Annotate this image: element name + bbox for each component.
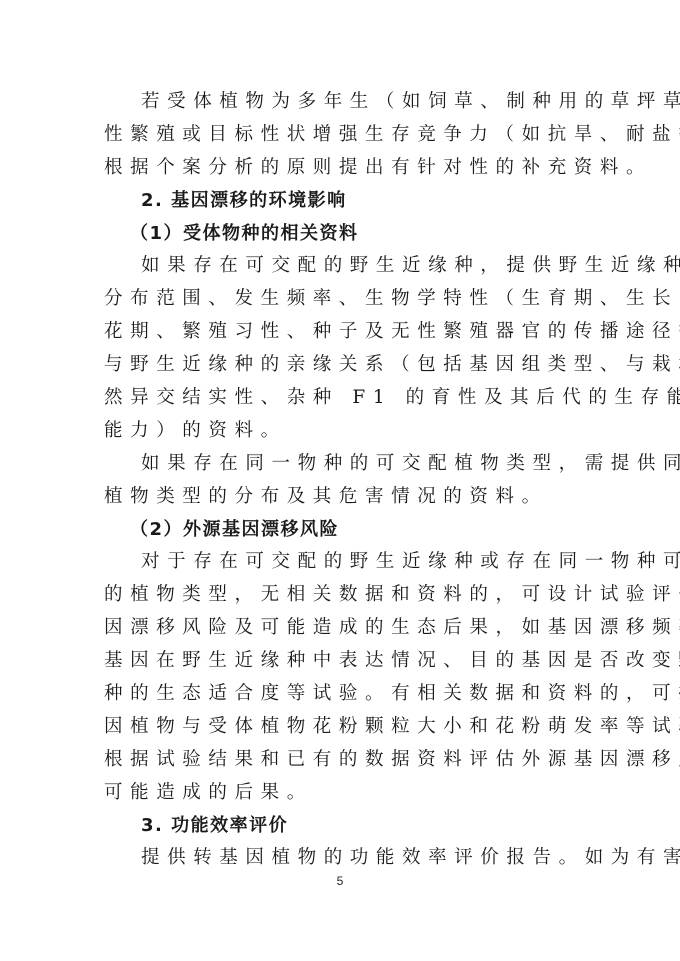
section-heading-gene-flow: 2. 基因漂移的环境影响	[104, 185, 578, 218]
paragraph-line: 分布范围、发生频率、生物学特性（生育期、生长习性、开	[104, 283, 578, 316]
paragraph-line: 根据个案分析的原则提出有针对性的补充资料。	[104, 152, 578, 185]
paragraph-line: 植物类型的分布及其危害情况的资料。	[104, 481, 578, 514]
paragraph-line: 如果存在同一物种的可交配植物类型，需提供同一物种	[104, 448, 578, 481]
paragraph-line: 因植物与受体植物花粉颗粒大小和花粉萌发率等试验结果，	[104, 711, 578, 744]
paragraph-line: 若受体植物为多年生（如饲草、制种用的草坪草）、无	[104, 86, 578, 119]
paragraph-line: 的植物类型，无相关数据和资料的，可设计试验评估外源基	[104, 579, 578, 612]
subsection-heading-gene-flow-risk: （2）外源基因漂移风险	[104, 514, 578, 547]
paragraph-line: 如果存在可交配的野生近缘种，提供野生近缘种的地理	[104, 250, 578, 283]
paragraph-line: 提供转基因植物的功能效率评价报告。如为有害生物抗	[104, 842, 578, 875]
paragraph-line: 可能造成的后果。	[104, 777, 578, 810]
paragraph-line: 因漂移风险及可能造成的生态后果，如基因漂移频率、外源	[104, 612, 578, 645]
paragraph-line: 对于存在可交配的野生近缘种或存在同一物种可交配	[104, 546, 578, 579]
section-heading-efficacy: 3. 功能效率评价	[104, 810, 578, 843]
paragraph-line: 与野生近缘种的亲缘关系（包括基因组类型、与栽培种的天	[104, 349, 578, 382]
page-body: 若受体植物为多年生（如饲草、制种用的草坪草）、无 性繁殖或目标性状增强生存竞争力…	[104, 86, 578, 875]
paragraph-line: 能力）的资料。	[104, 415, 578, 448]
document-page: 若受体植物为多年生（如饲草、制种用的草坪草）、无 性繁殖或目标性状增强生存竞争力…	[0, 0, 680, 961]
paragraph-line: 根据试验结果和已有的数据资料评估外源基因漂移风险及	[104, 744, 578, 777]
paragraph-line: 花期、繁殖习性、种子及无性繁殖器官的传播途径等）以及	[104, 316, 578, 349]
paragraph-line: 性繁殖或目标性状增强生存竞争力（如抗旱、耐盐等），应	[104, 119, 578, 152]
subsection-heading-recipient-species: （1）受体物种的相关资料	[104, 218, 578, 251]
page-number: 5	[0, 874, 680, 888]
paragraph-line: 种的生态适合度等试验。有相关数据和资料的，可提供转基	[104, 678, 578, 711]
paragraph-line: 基因在野生近缘种中表达情况、目的基因是否改变野生近缘	[104, 645, 578, 678]
paragraph-line: 然异交结实性、杂种 F1 的育性及其后代的生存能力和结实	[104, 382, 578, 415]
